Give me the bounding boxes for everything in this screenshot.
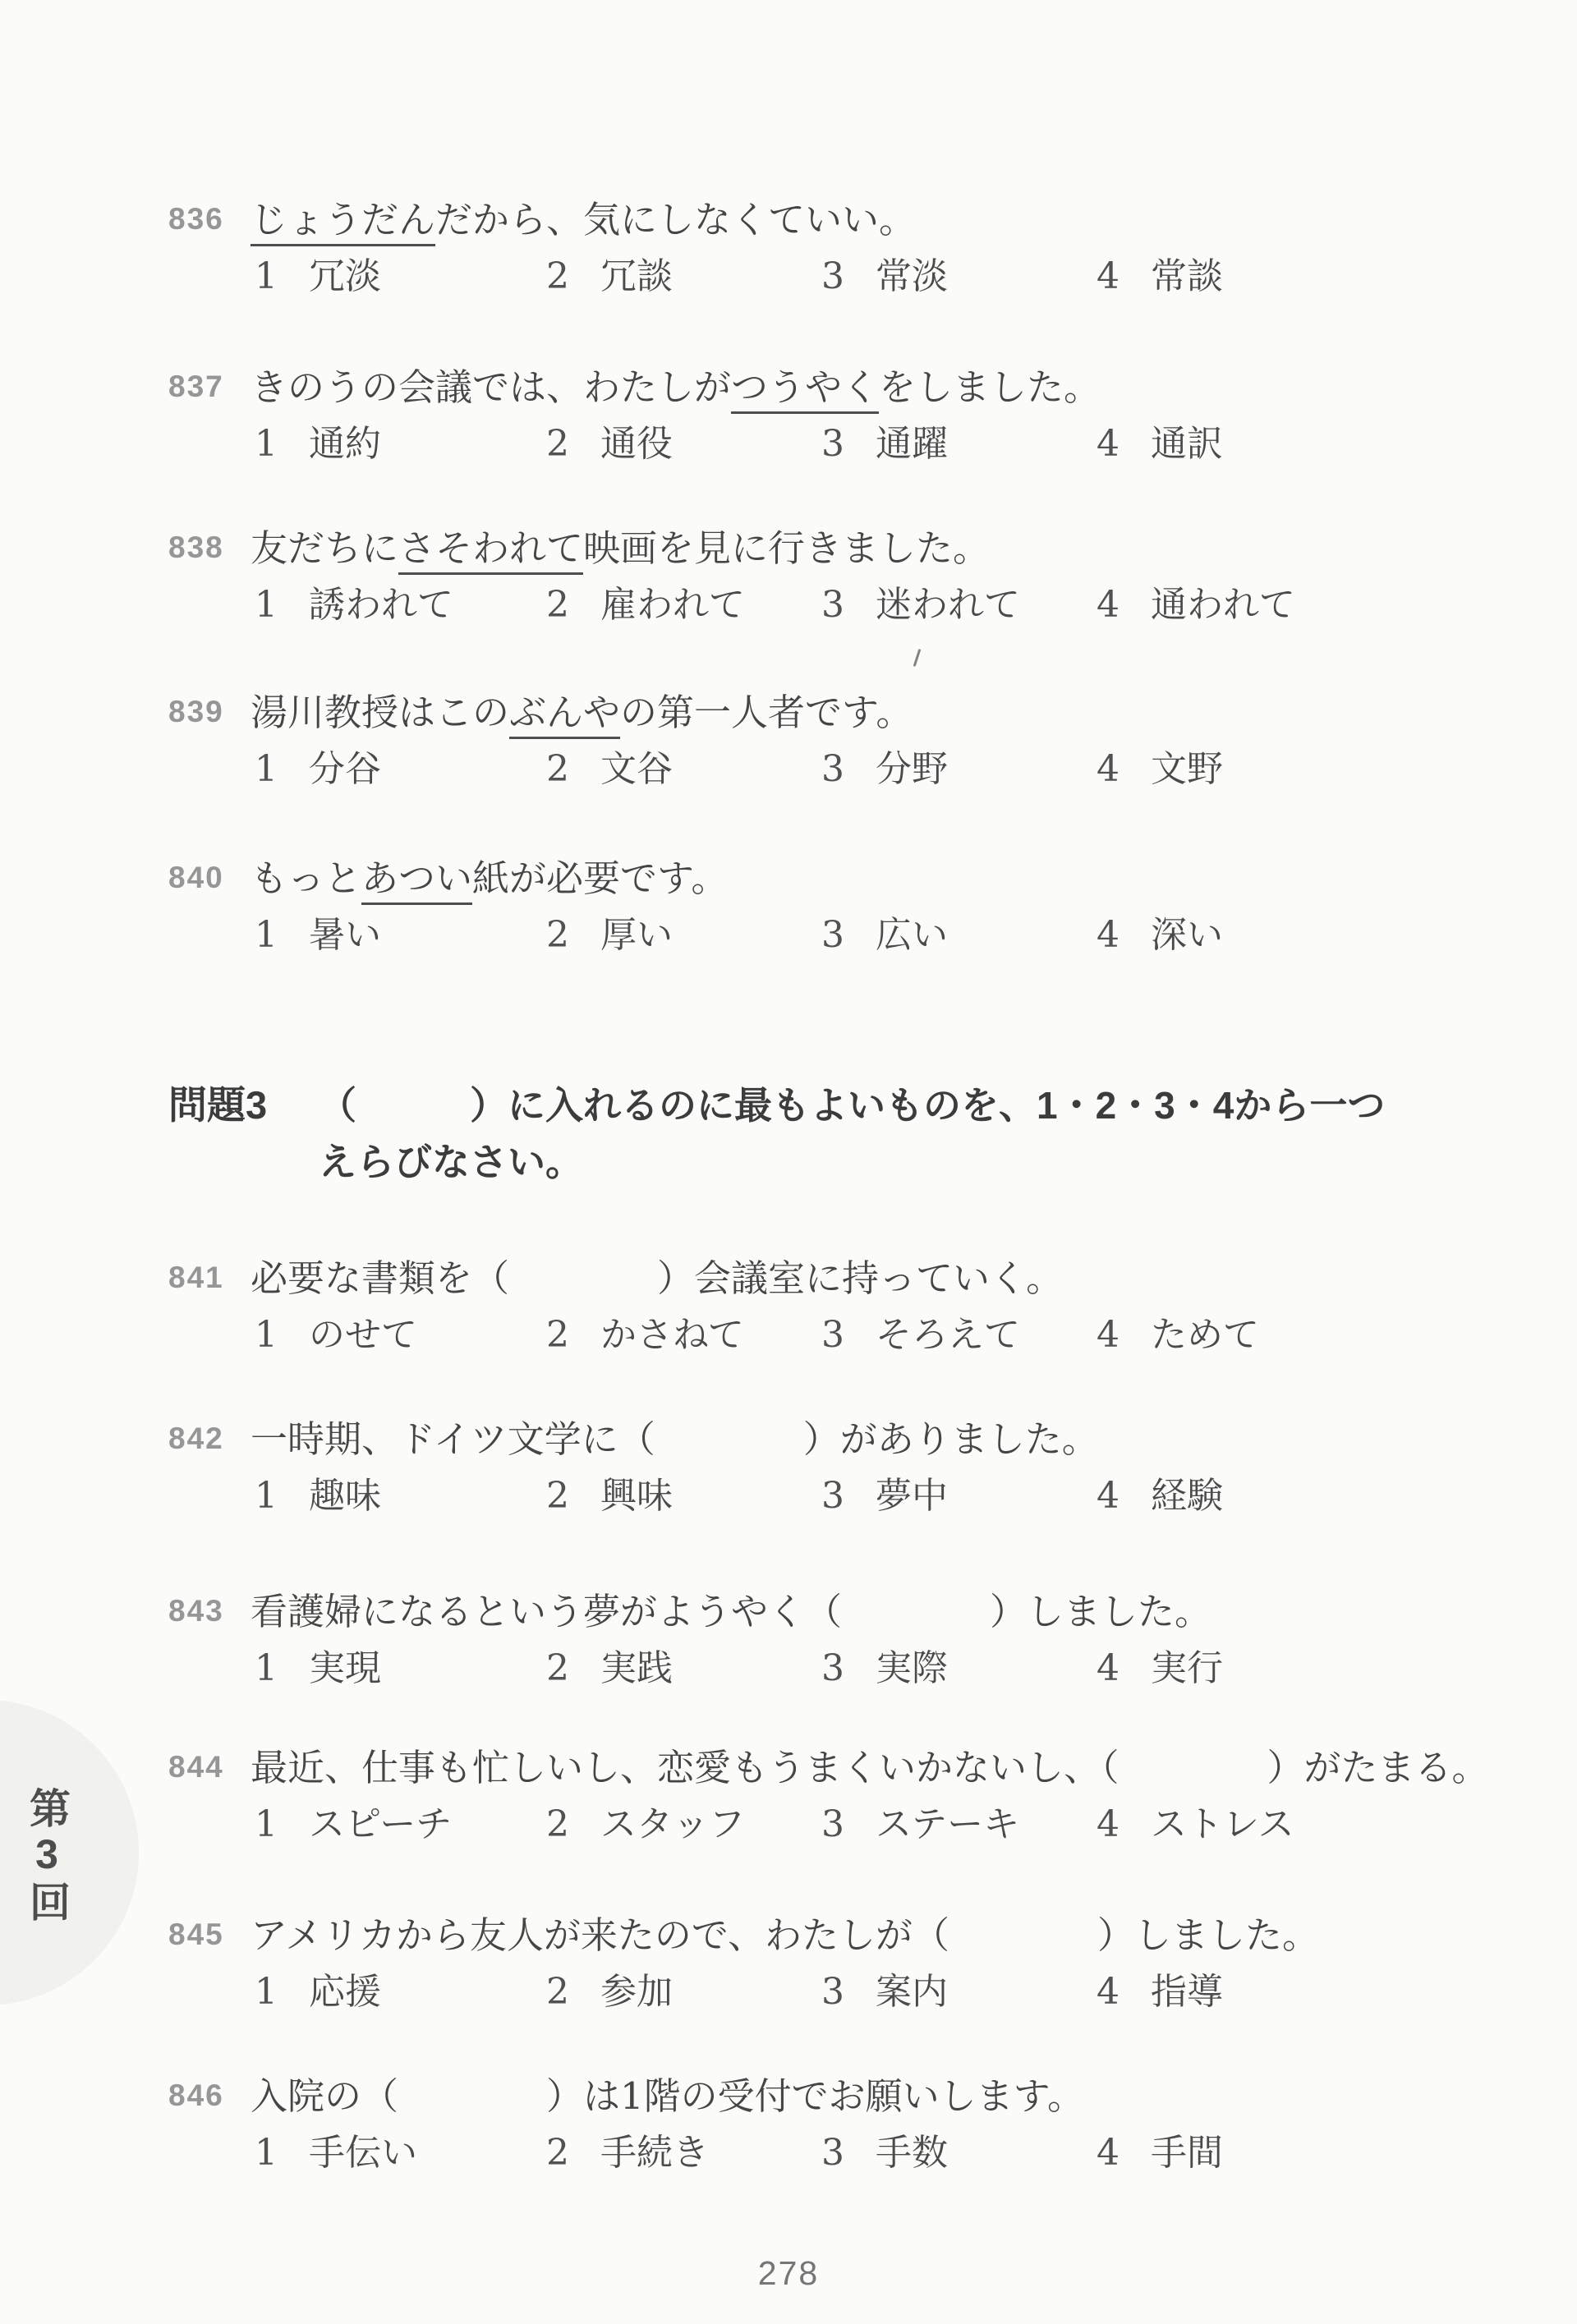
option-text: 実現 [309,1647,381,1691]
option-text: 雇われて [600,583,745,627]
option-4: 4通訳 [1097,422,1223,466]
option-4: 4経験 [1097,1474,1223,1518]
option-number: 1 [255,1803,278,1847]
question-text-segment: 紙が必要です。 [472,857,728,900]
option-text: 冗談 [600,255,673,299]
question-text-segment: もっと [251,857,361,900]
option-number: 2 [546,255,569,299]
option-text: スタッフ [600,1803,745,1847]
question-text-segment: 最近、仕事も忙しいし、恋愛もうまくいかないし、（ ）がたまる。 [251,1746,1489,1789]
question-number: 838 [168,530,224,565]
option-text: 夢中 [876,1474,948,1518]
option-1: 1手伝い [255,2131,546,2175]
question-text-segment: 友だちに [251,526,398,570]
option-text: 実際 [876,1647,948,1691]
option-text: 通われて [1151,583,1295,627]
option-number: 3 [821,255,844,299]
underlined-word: さそわれて [398,526,583,575]
question-number: 839 [168,695,224,729]
question-number: 844 [168,1750,224,1784]
option-text: 興味 [600,1474,673,1518]
option-text: ステーキ [876,1803,1019,1847]
option-text: 通約 [309,422,381,466]
option-number: 3 [821,2131,844,2175]
option-3: 3通躍 [821,422,1097,466]
options-row: 1冗淡2冗談3常淡4常談 [255,255,1223,299]
option-text: 広い [876,913,948,958]
option-number: 1 [255,747,278,792]
option-text: 指導 [1151,1970,1223,2014]
option-number: 1 [255,1313,278,1357]
option-4: 4指導 [1097,1970,1223,2014]
option-number: 4 [1097,422,1120,466]
option-text: 迷われて [876,583,1020,627]
question-text-segment: 一時期、ドイツ文学に（ ）がありました。 [251,1417,1099,1461]
option-text: 深い [1151,913,1223,958]
option-text: 案内 [876,1970,948,2014]
option-text: 文野 [1151,747,1223,792]
option-1: 1応援 [255,1970,546,2014]
question-number: 837 [168,370,224,404]
option-1: 1分谷 [255,747,546,792]
option-2: 2興味 [546,1474,821,1518]
option-2: 2実践 [546,1647,821,1691]
option-number: 3 [821,913,844,958]
option-text: かさねて [600,1313,744,1357]
option-number: 4 [1097,1803,1120,1847]
question-text: 看護婦になるという夢がようやく（ ）しました。 [251,1589,1483,1635]
option-number: 2 [546,913,569,958]
option-4: 4文野 [1097,747,1223,792]
question-number: 842 [168,1421,224,1456]
option-text: 文谷 [600,747,673,792]
option-3: 3ステーキ [821,1803,1097,1847]
option-4: 4手間 [1097,2131,1223,2175]
option-text: 趣味 [309,1474,381,1518]
question-number: 846 [168,2078,224,2113]
question-844: 844最近、仕事も忙しいし、恋愛もうまくいかないし、（ ）がたまる。1スピーチ2… [168,1745,1483,1791]
option-text: 手伝い [309,2131,417,2175]
option-3: 3分野 [821,747,1097,792]
option-number: 4 [1097,747,1120,792]
option-4: 4常談 [1097,255,1223,299]
option-3: 3夢中 [821,1474,1097,1518]
option-1: 1暑い [255,913,546,958]
underlined-word: つうやく [731,365,879,414]
option-4: 4深い [1097,913,1223,958]
underlined-word: じょうだん [251,198,435,246]
option-number: 1 [255,1970,278,2014]
option-1: 1実現 [255,1647,546,1691]
option-1: 1趣味 [255,1474,546,1518]
option-number: 1 [255,2131,278,2175]
option-text: 通訳 [1151,422,1223,466]
option-text: 参加 [600,1970,673,2014]
question-839: 839湯川教授はこのぶんやの第一人者です。1分谷2文谷3分野4文野 [168,690,1483,736]
option-number: 3 [821,747,844,792]
option-text: ためて [1151,1313,1259,1357]
option-text: 分野 [876,747,948,792]
option-text: 分谷 [309,747,381,792]
underlined-word: ぶんや [509,691,620,739]
question-text: 最近、仕事も忙しいし、恋愛もうまくいかないし、（ ）がたまる。 [251,1745,1483,1791]
option-3: 3常淡 [821,255,1097,299]
option-number: 4 [1097,1313,1120,1357]
question-text-segment: きのうの会議では、わたしが [251,365,731,409]
option-4: 4ストレス [1097,1803,1294,1847]
section-instruction-line1: （ ）に入れるのに最もよいものを、1・2・3・4から一つ [319,1082,1385,1129]
option-text: 実行 [1151,1647,1223,1691]
question-842: 842一時期、ドイツ文学に（ ）がありました。1趣味2興味3夢中4経験 [168,1417,1483,1463]
option-3: 3広い [821,913,1097,958]
question-841: 841必要な書類を（ ）会議室に持っていく。1のせて2かさねて3そろえて4ためて [168,1256,1483,1302]
question-text-segment: アメリカから友人が来たので、わたしが（ ）しました。 [251,1913,1319,1957]
scan-artifact-mark [913,649,922,667]
option-3: 3実際 [821,1647,1097,1691]
question-text-segment: だから、気にしなくていい。 [435,198,916,241]
question-text: もっとあつい紙が必要です。 [251,856,1483,902]
options-row: 1趣味2興味3夢中4経験 [255,1474,1223,1518]
question-number: 843 [168,1594,224,1628]
options-row: 1暑い2厚い3広い4深い [255,913,1223,958]
option-number: 3 [821,583,844,627]
option-text: 厚い [600,913,673,958]
question-number: 841 [168,1261,224,1295]
option-4: 4通われて [1097,583,1295,627]
option-1: 1のせて [255,1313,546,1357]
question-text: 入院の（ ）は1階の受付でお願いします。 [251,2074,1483,2120]
option-text: 通躍 [876,422,948,466]
option-3: 3手数 [821,2131,1097,2175]
question-837: 837きのうの会議では、わたしがつうやくをしました。1通約2通役3通躍4通訳 [168,365,1483,411]
option-text: 通役 [600,422,673,466]
question-text-segment: をしました。 [879,365,1101,409]
option-2: 2厚い [546,913,821,958]
option-1: 1スピーチ [255,1803,546,1847]
option-number: 1 [255,583,278,627]
option-number: 2 [546,1474,569,1518]
option-4: 4ためて [1097,1313,1259,1357]
option-number: 1 [255,1474,278,1518]
question-text: きのうの会議では、わたしがつうやくをしました。 [251,365,1483,411]
option-3: 3迷われて [821,583,1097,627]
option-number: 3 [821,422,844,466]
question-text-segment: 看護婦になるという夢がようやく（ ）しました。 [251,1590,1211,1633]
option-text: 手間 [1151,2131,1223,2175]
question-text: 湯川教授はこのぶんやの第一人者です。 [251,690,1483,736]
option-text: そろえて [876,1313,1020,1357]
option-number: 2 [546,1970,569,2014]
question-text-segment: 映画を見に行きました。 [583,526,990,570]
option-text: スピーチ [309,1803,452,1847]
option-text: 常談 [1151,255,1223,299]
option-number: 3 [821,1313,844,1357]
option-2: 2かさねて [546,1313,821,1357]
option-number: 4 [1097,913,1120,958]
options-row: 1応援2参加3案内4指導 [255,1970,1223,2014]
option-text: 常淡 [876,255,948,299]
question-text: 友だちにさそわれて映画を見に行きました。 [251,526,1483,572]
option-number: 4 [1097,1647,1120,1691]
option-number: 2 [546,2131,569,2175]
section-tab-label: 第3回 [26,1787,67,1925]
option-text: 経験 [1151,1474,1223,1518]
option-number: 2 [546,583,569,627]
option-2: 2参加 [546,1970,821,2014]
option-number: 3 [821,1474,844,1518]
options-row: 1通約2通役3通躍4通訳 [255,422,1223,466]
question-number: 845 [168,1918,224,1952]
question-text-segment: の第一人者です。 [620,691,913,734]
question-text: アメリカから友人が来たので、わたしが（ ）しました。 [251,1913,1483,1959]
page-number: 278 [0,2254,1577,2293]
options-row: 1分谷2文谷3分野4文野 [255,747,1223,792]
options-row: 1誘われて2雇われて3迷われて4通われて [255,583,1295,627]
option-text: のせて [309,1313,417,1357]
section-header-label: 問題3 [168,1082,267,1129]
option-number: 4 [1097,2131,1120,2175]
option-2: 2雇われて [546,583,821,627]
option-number: 3 [821,1647,844,1691]
question-text-segment: 湯川教授はこの [251,691,509,734]
option-2: 2手続き [546,2131,821,2175]
scanned-test-page: 第3回 836じょうだんだから、気にしなくていい。1冗淡2冗談3常淡4常談837… [0,0,1577,2324]
option-text: 手数 [876,2131,948,2175]
option-text: 誘われて [309,583,453,627]
option-2: 2冗談 [546,255,821,299]
question-text: 一時期、ドイツ文学に（ ）がありました。 [251,1417,1483,1463]
option-text: 冗淡 [309,255,381,299]
option-3: 3案内 [821,1970,1097,2014]
option-number: 4 [1097,1970,1120,2014]
question-840: 840もっとあつい紙が必要です。1暑い2厚い3広い4深い [168,856,1483,902]
question-text: 必要な書類を（ ）会議室に持っていく。 [251,1256,1483,1302]
option-number: 1 [255,422,278,466]
option-number: 2 [546,1803,569,1847]
option-number: 1 [255,1647,278,1691]
option-1: 1誘われて [255,583,546,627]
option-number: 3 [821,1970,844,2014]
options-row: 1のせて2かさねて3そろえて4ためて [255,1313,1259,1357]
section-instruction-line2: えらびなさい。 [319,1138,583,1186]
option-1: 1冗淡 [255,255,546,299]
option-1: 1通約 [255,422,546,466]
option-text: 応援 [309,1970,381,2014]
option-number: 2 [546,422,569,466]
option-4: 4実行 [1097,1647,1223,1691]
option-number: 2 [546,747,569,792]
question-number: 836 [168,202,224,237]
options-row: 1スピーチ2スタッフ3ステーキ4ストレス [255,1803,1294,1847]
option-number: 2 [546,1313,569,1357]
option-number: 4 [1097,1474,1120,1518]
option-number: 3 [821,1803,844,1847]
options-row: 1実現2実践3実際4実行 [255,1647,1223,1691]
option-text: 手続き [600,2131,709,2175]
option-text: 実践 [600,1647,673,1691]
option-number: 1 [255,913,278,958]
option-3: 3そろえて [821,1313,1097,1357]
question-number: 840 [168,861,224,895]
option-number: 2 [546,1647,569,1691]
option-2: 2通役 [546,422,821,466]
question-838: 838友だちにさそわれて映画を見に行きました。1誘われて2雇われて3迷われて4通… [168,526,1483,572]
option-number: 1 [255,255,278,299]
option-2: 2文谷 [546,747,821,792]
question-836: 836じょうだんだから、気にしなくていい。1冗淡2冗談3常淡4常談 [168,197,1483,243]
question-text-segment: 必要な書類を（ ）会議室に持っていく。 [251,1256,1063,1300]
option-text: ストレス [1151,1803,1294,1847]
question-845: 845アメリカから友人が来たので、わたしが（ ）しました。1応援2参加3案内4指… [168,1913,1483,1959]
question-846: 846入院の（ ）は1階の受付でお願いします。1手伝い2手続き3手数4手間 [168,2074,1483,2120]
question-text-segment: 入院の（ ）は1階の受付でお願いします。 [251,2074,1084,2118]
option-number: 4 [1097,255,1120,299]
options-row: 1手伝い2手続き3手数4手間 [255,2131,1223,2175]
question-text: じょうだんだから、気にしなくていい。 [251,197,1483,243]
option-text: 暑い [309,913,381,958]
question-843: 843看護婦になるという夢がようやく（ ）しました。1実現2実践3実際4実行 [168,1589,1483,1635]
option-2: 2スタッフ [546,1803,821,1847]
underlined-word: あつい [361,857,472,905]
option-number: 4 [1097,583,1120,627]
